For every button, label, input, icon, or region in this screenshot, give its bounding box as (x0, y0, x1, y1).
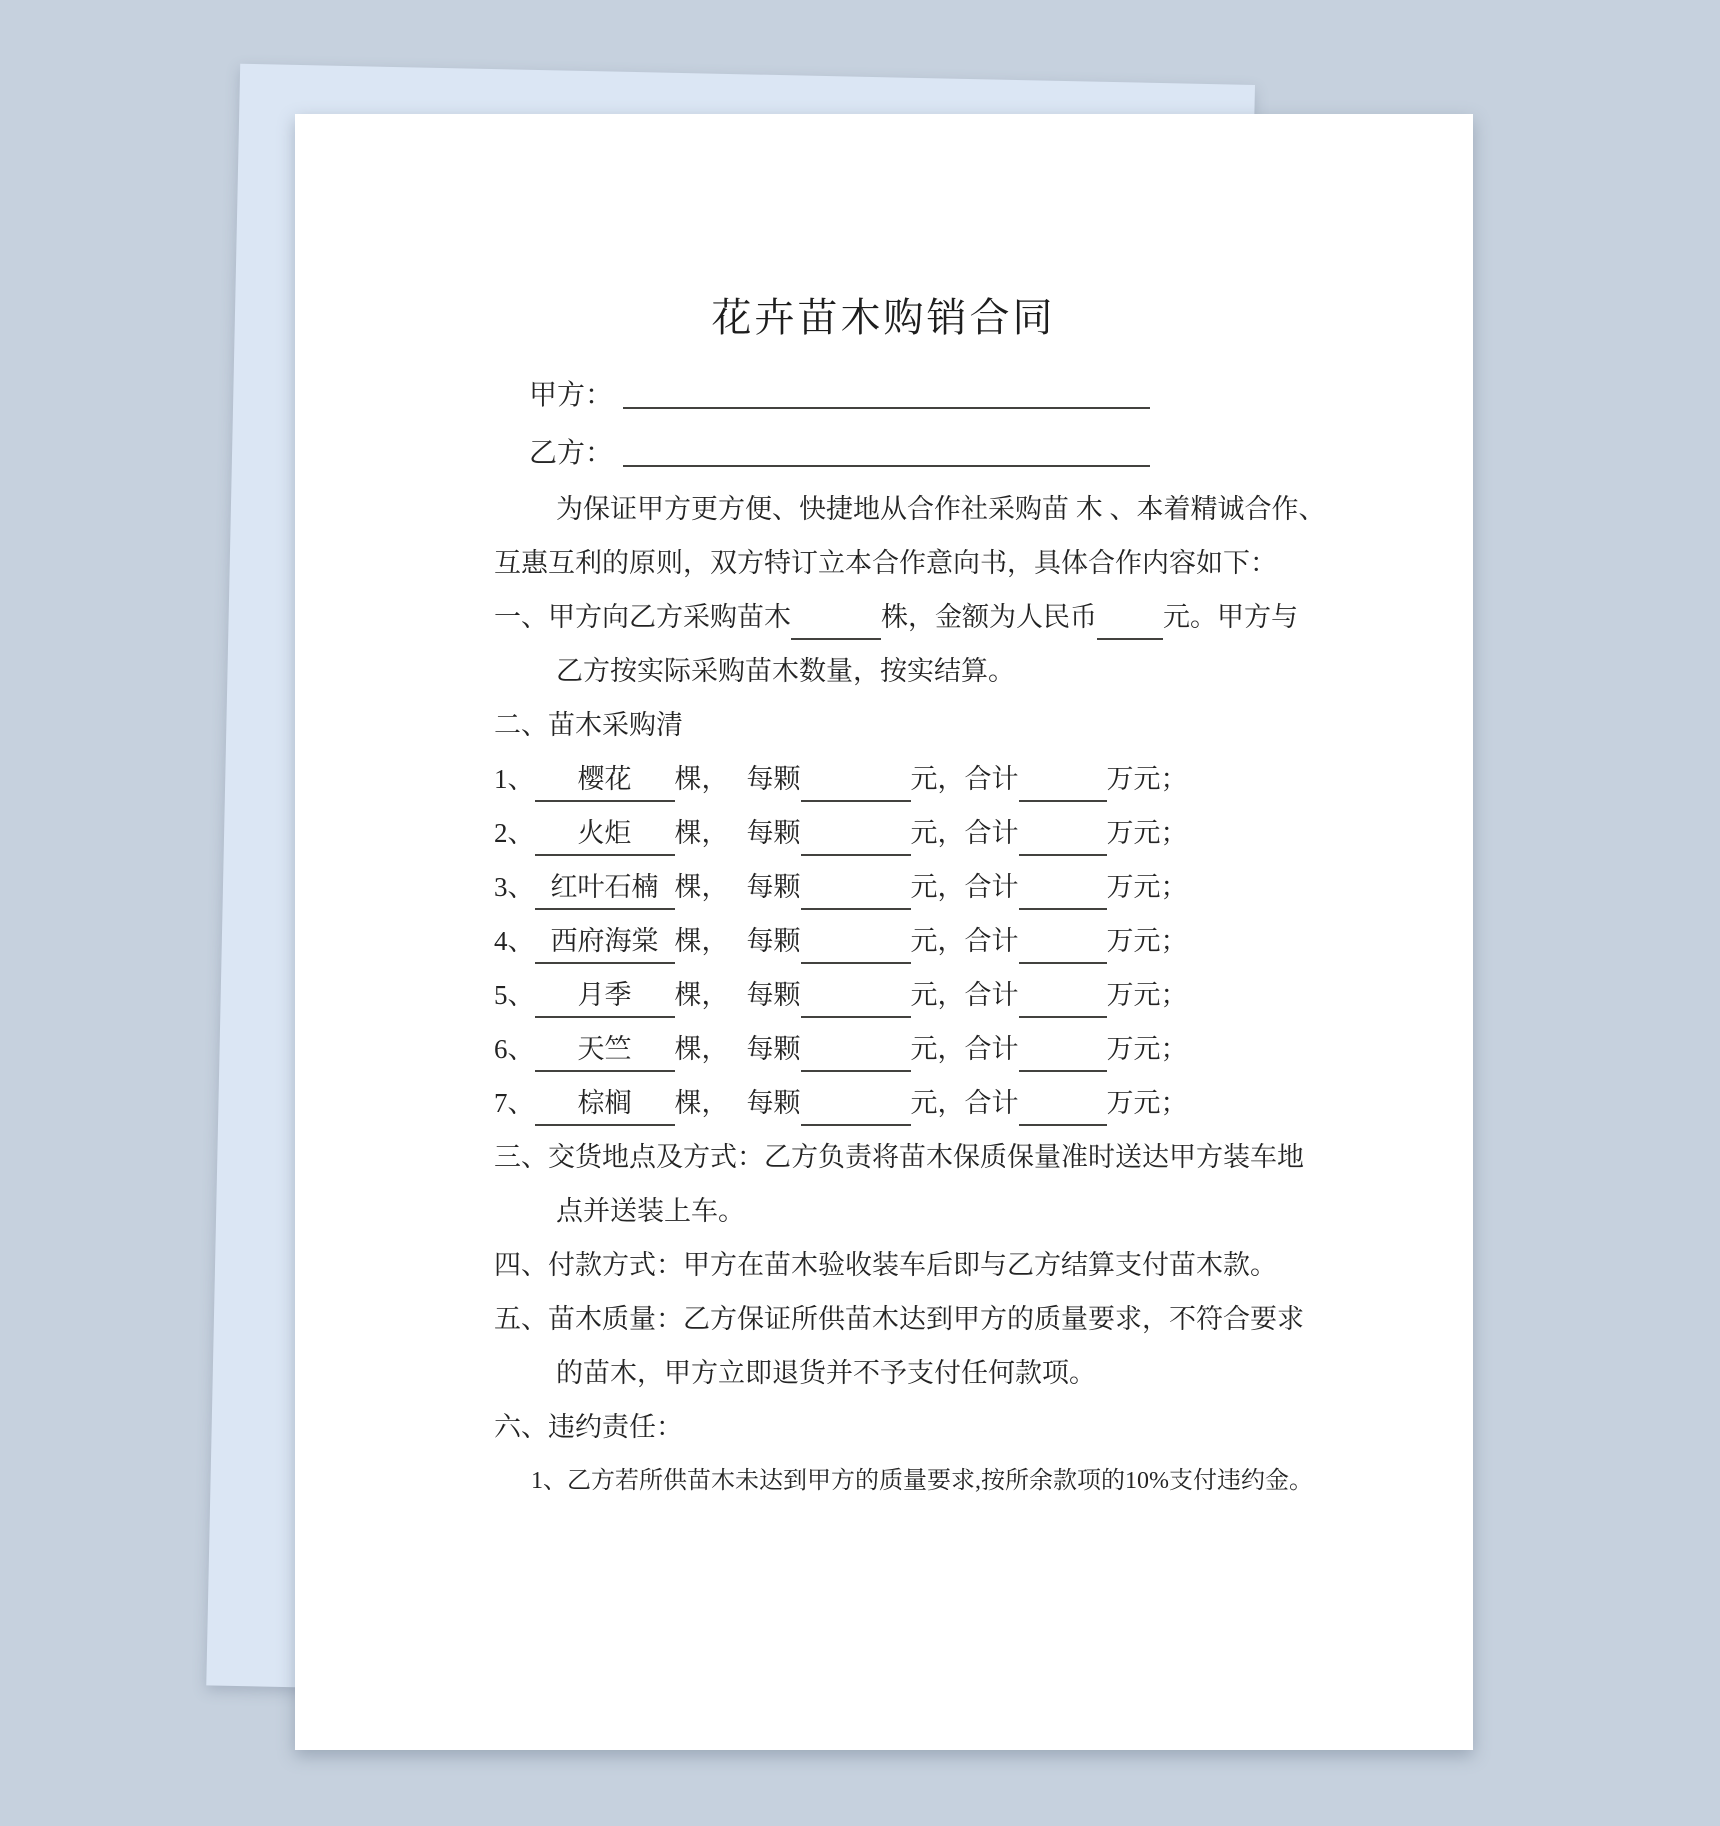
doc-line: 2、火炬棵，每颗 元，合计 万元； (494, 806, 1273, 860)
line-text: 每颗 (747, 872, 801, 902)
line-text: 乙方按实际采购苗木数量，按实结算。 (556, 656, 1015, 686)
line-text: 一、甲方向乙方采购苗木 (494, 602, 791, 632)
blank-fill-field[interactable]: 樱花 (535, 765, 675, 802)
line-text: 棵， (675, 926, 729, 956)
doc-line: 1、乙方若所供苗木未达到甲方的质量要求,按所余款项的10%支付违约金。 (494, 1454, 1273, 1508)
line-text: 元，合计 (911, 764, 1019, 794)
line-text: 棵， (675, 764, 729, 794)
line-text: 三、交货地点及方式：乙方负责将苗木保质保量准时送达甲方装车地 (494, 1142, 1304, 1172)
page-content: 花卉苗木购销合同 甲方： 乙方： 为保证甲方更方便、快捷地从合作社采购苗 木 、… (295, 114, 1473, 1750)
line-text: 万元； (1107, 818, 1188, 848)
line-text: 棵， (675, 818, 729, 848)
line-text: 棵， (675, 1088, 729, 1118)
contract-body: 为保证甲方更方便、快捷地从合作社采购苗 木 、本着精诚合作、互惠互利的原则，双方… (494, 482, 1273, 1508)
doc-line: 四、付款方式：甲方在苗木验收装车后即与乙方结算支付苗木款。 (494, 1238, 1273, 1292)
line-text: 元，合计 (911, 1034, 1019, 1064)
line-text: 的苗木，甲方立即退货并不予支付任何款项。 (556, 1358, 1096, 1388)
blank-fill-field[interactable] (801, 873, 911, 910)
doc-line: 乙方按实际采购苗木数量，按实结算。 (494, 644, 1273, 698)
doc-line: 二、苗木采购清 (494, 698, 1273, 752)
document-title: 花卉苗木购销合同 (494, 294, 1273, 342)
line-text: 每颗 (747, 980, 801, 1010)
doc-line: 为保证甲方更方便、快捷地从合作社采购苗 木 、本着精诚合作、 (494, 482, 1273, 536)
line-text: 二、苗木采购清 (494, 710, 683, 740)
blank-fill-field[interactable] (1019, 927, 1107, 964)
line-text: 5、 (494, 980, 535, 1010)
line-text: 万元； (1107, 764, 1188, 794)
contract-document-page: 花卉苗木购销合同 甲方： 乙方： 为保证甲方更方便、快捷地从合作社采购苗 木 、… (295, 114, 1473, 1750)
blank-fill-field[interactable] (791, 603, 881, 640)
line-text: 每颗 (747, 818, 801, 848)
doc-line: 三、交货地点及方式：乙方负责将苗木保质保量准时送达甲方装车地 (494, 1130, 1273, 1184)
line-text: 每颗 (747, 1088, 801, 1118)
party-a-row: 甲方： (529, 358, 1273, 416)
line-text: 为保证甲方更方便、快捷地从合作社采购苗 木 、本着精诚合作、 (556, 494, 1326, 524)
line-text: 6、 (494, 1034, 535, 1064)
line-text: 1、乙方若所供苗木未达到甲方的质量要求,按所余款项的10%支付违约金。 (531, 1468, 1313, 1494)
line-text: 株，金额为人民币 (881, 602, 1097, 632)
doc-line: 4、西府海棠棵，每颗 元，合计 万元； (494, 914, 1273, 968)
blank-fill-field[interactable] (801, 765, 911, 802)
party-b-label: 乙方： (529, 434, 613, 474)
blank-fill-field[interactable] (801, 981, 911, 1018)
blank-fill-field[interactable]: 棕榈 (535, 1089, 675, 1126)
line-text: 互惠互利的原则，双方特订立本合作意向书，具体合作内容如下： (494, 548, 1277, 578)
party-b-row: 乙方： (529, 416, 1273, 474)
desktop-background: 花卉苗木购销合同 甲方： 乙方： 为保证甲方更方便、快捷地从合作社采购苗 木 、… (0, 0, 1720, 1826)
line-text: 元，合计 (911, 872, 1019, 902)
line-text: 元，合计 (911, 980, 1019, 1010)
line-text: 4、 (494, 926, 535, 956)
doc-line: 的苗木，甲方立即退货并不予支付任何款项。 (494, 1346, 1273, 1400)
line-text: 元，合计 (911, 818, 1019, 848)
blank-fill-field[interactable]: 西府海棠 (535, 927, 675, 964)
doc-line: 一、甲方向乙方采购苗木 株，金额为人民币 元。甲方与 (494, 590, 1273, 644)
doc-line: 六、违约责任： (494, 1400, 1273, 1454)
line-text: 棵， (675, 1034, 729, 1064)
blank-fill-field[interactable] (1019, 819, 1107, 856)
doc-line: 6、天竺棵，每颗 元，合计 万元； (494, 1022, 1273, 1076)
line-text: 1、 (494, 764, 535, 794)
doc-line: 1、樱花棵，每颗 元，合计 万元； (494, 752, 1273, 806)
blank-fill-field[interactable]: 火炬 (535, 819, 675, 856)
doc-line: 3、红叶石楠棵，每颗 元，合计 万元； (494, 860, 1273, 914)
blank-fill-field[interactable] (1019, 765, 1107, 802)
line-text: 3、 (494, 872, 535, 902)
doc-line: 互惠互利的原则，双方特订立本合作意向书，具体合作内容如下： (494, 536, 1273, 590)
blank-fill-field[interactable] (1097, 603, 1163, 640)
blank-fill-field[interactable] (1019, 981, 1107, 1018)
line-text: 元，合计 (911, 926, 1019, 956)
blank-fill-field[interactable] (801, 1035, 911, 1072)
line-text: 五、苗木质量：乙方保证所供苗木达到甲方的质量要求，不符合要求 (494, 1304, 1304, 1334)
line-text: 棵， (675, 872, 729, 902)
blank-fill-field[interactable] (1019, 873, 1107, 910)
line-text: 每颗 (747, 926, 801, 956)
line-text: 每颗 (747, 764, 801, 794)
doc-line: 五、苗木质量：乙方保证所供苗木达到甲方的质量要求，不符合要求 (494, 1292, 1273, 1346)
blank-fill-field[interactable]: 红叶石楠 (535, 873, 675, 910)
line-text: 四、付款方式：甲方在苗木验收装车后即与乙方结算支付苗木款。 (494, 1250, 1277, 1280)
blank-fill-field[interactable]: 月季 (535, 981, 675, 1018)
doc-line: 点并送装上车。 (494, 1184, 1273, 1238)
party-b-blank-field[interactable] (623, 435, 1150, 467)
line-text: 棵， (675, 980, 729, 1010)
line-text: 元。甲方与 (1163, 602, 1298, 632)
blank-fill-field[interactable] (801, 819, 911, 856)
line-text: 六、违约责任： (494, 1412, 683, 1442)
blank-fill-field[interactable] (801, 1089, 911, 1126)
blank-fill-field[interactable] (1019, 1035, 1107, 1072)
line-text: 万元； (1107, 1088, 1188, 1118)
line-text: 7、 (494, 1088, 535, 1118)
line-text: 2、 (494, 818, 535, 848)
blank-fill-field[interactable]: 天竺 (535, 1035, 675, 1072)
party-a-label: 甲方： (529, 376, 613, 416)
blank-fill-field[interactable] (801, 927, 911, 964)
line-text: 万元； (1107, 872, 1188, 902)
line-text: 点并送装上车。 (556, 1196, 745, 1226)
line-text: 万元； (1107, 980, 1188, 1010)
party-a-blank-field[interactable] (623, 377, 1150, 409)
doc-line: 7、棕榈棵，每颗 元，合计 万元； (494, 1076, 1273, 1130)
line-text: 万元； (1107, 1034, 1188, 1064)
doc-line: 5、月季棵，每颗 元，合计 万元； (494, 968, 1273, 1022)
line-text: 每颗 (747, 1034, 801, 1064)
line-text: 万元； (1107, 926, 1188, 956)
line-text: 元，合计 (911, 1088, 1019, 1118)
blank-fill-field[interactable] (1019, 1089, 1107, 1126)
